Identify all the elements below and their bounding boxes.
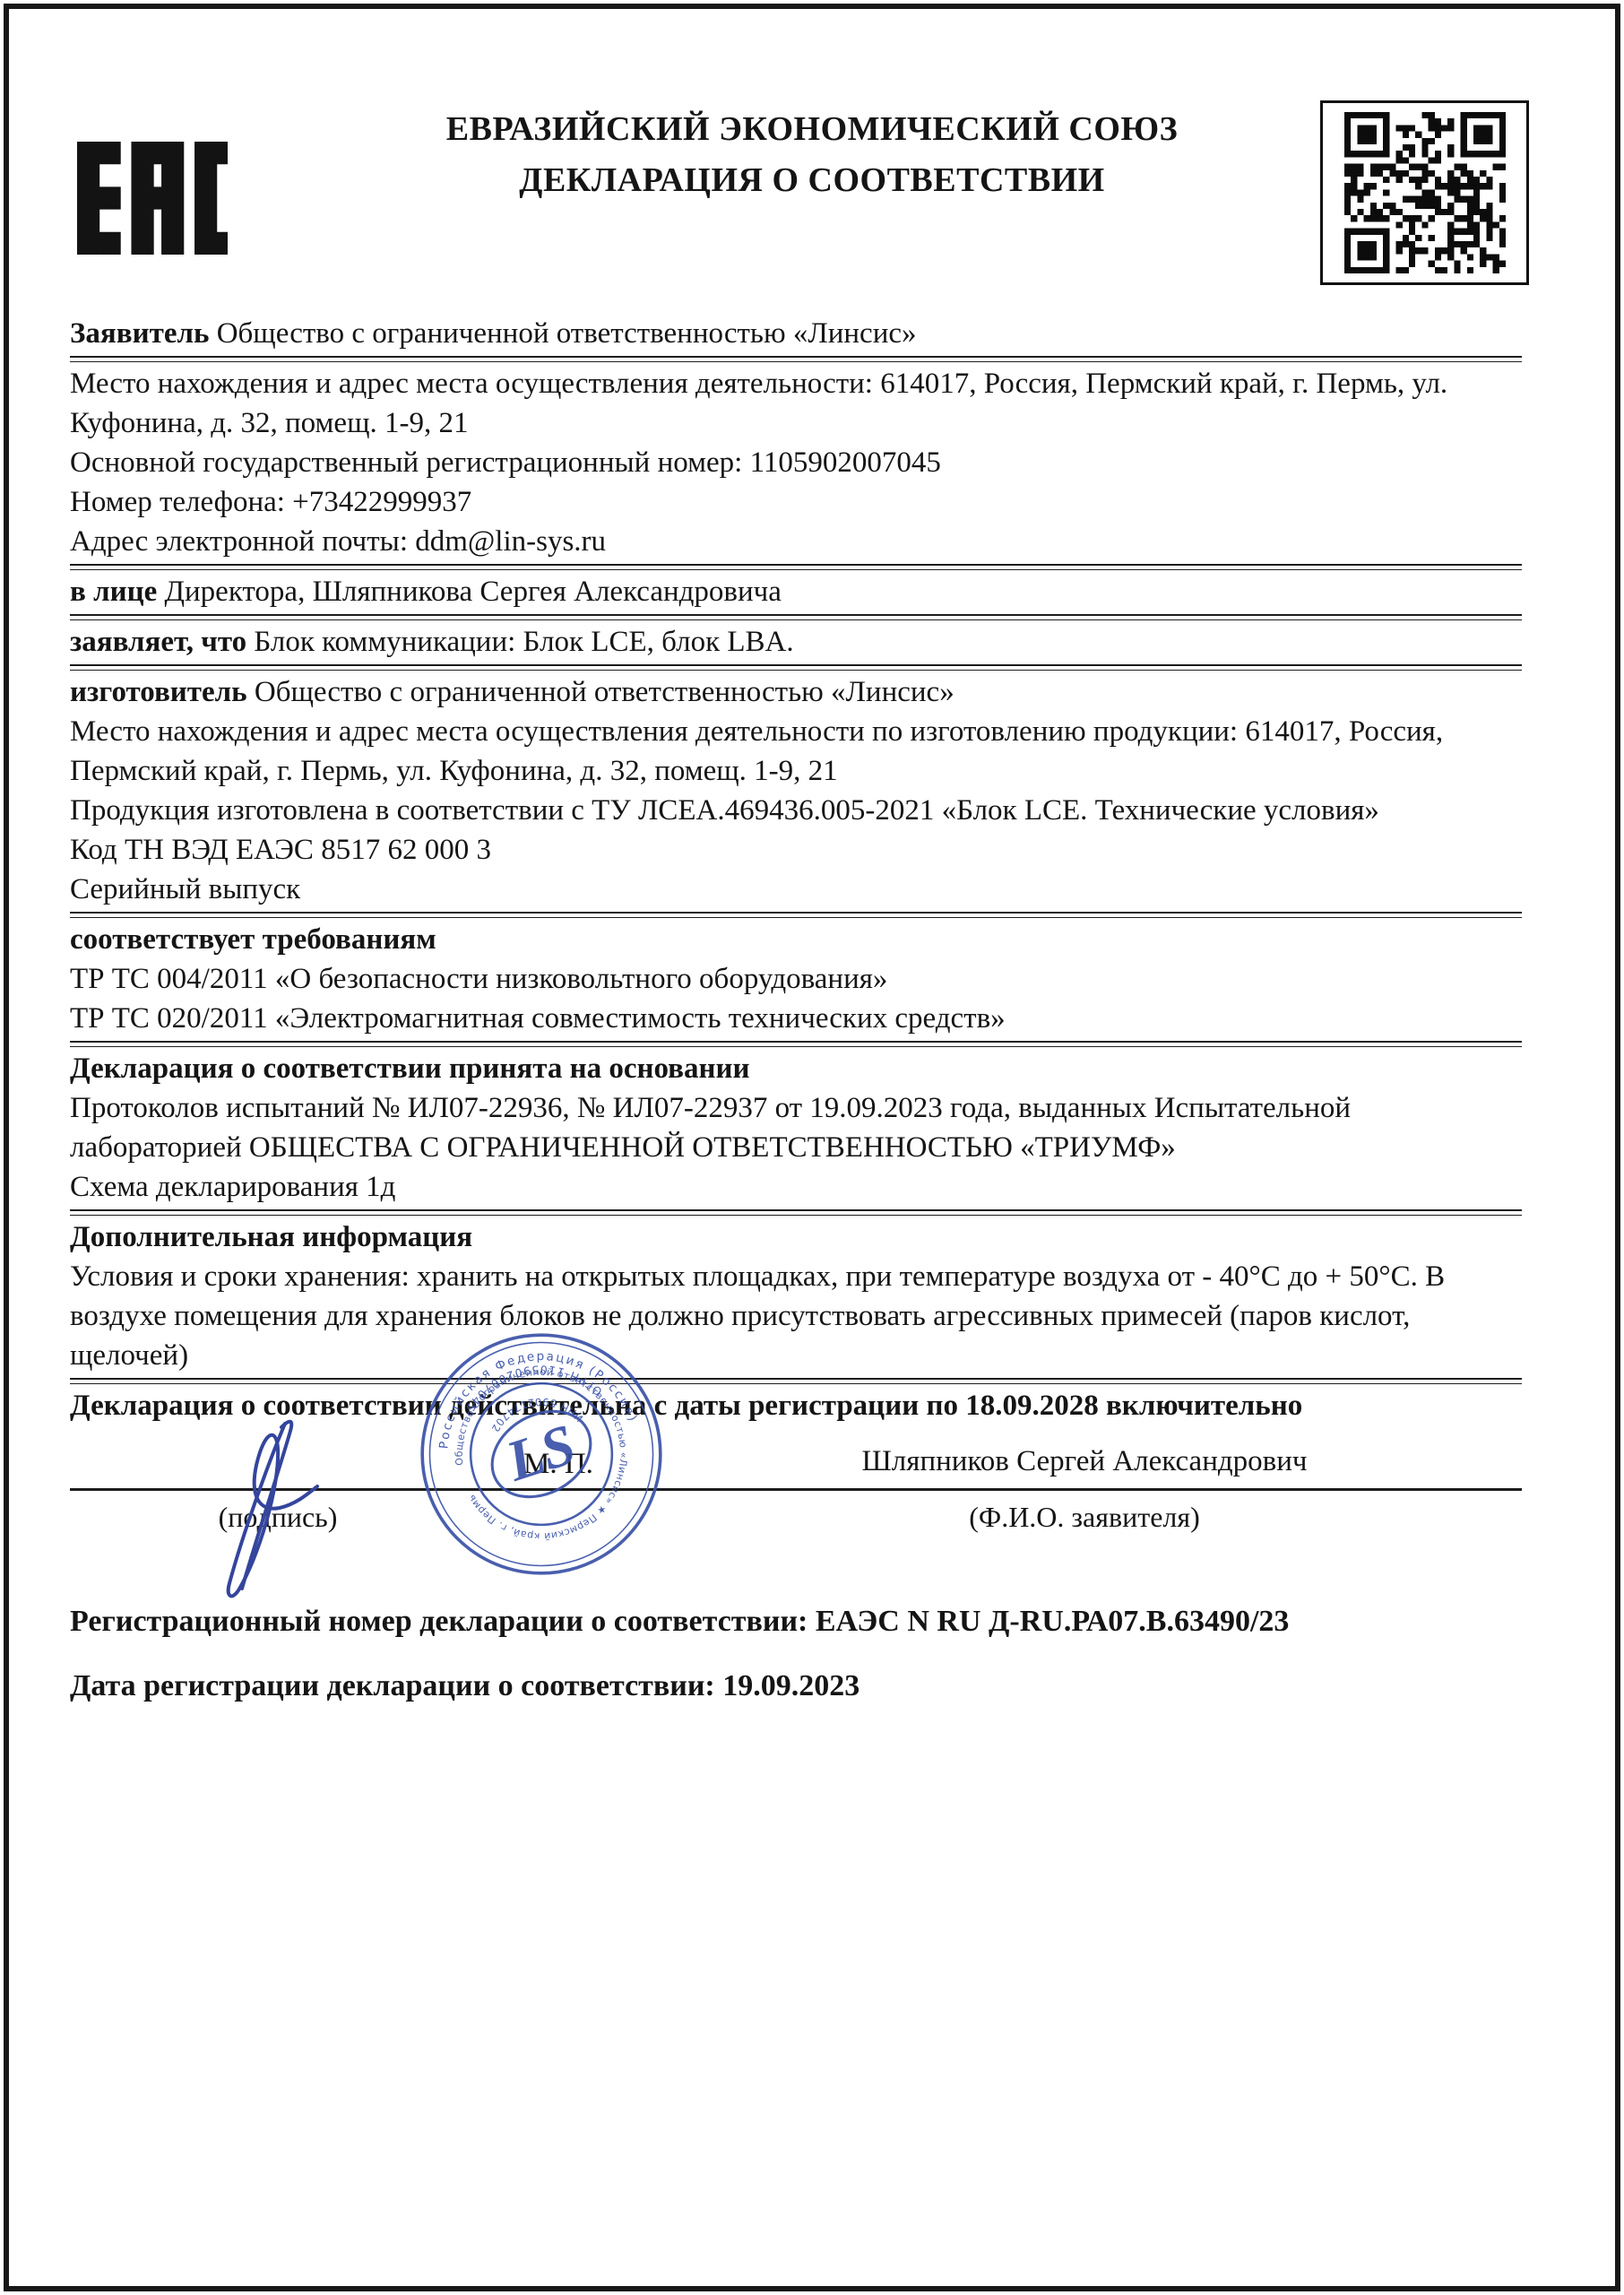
regulation-item: ТР ТС 020/2011 «Электромагнитная совмест… [70,999,1522,1038]
manufacturer-address: Место нахождения и адрес места осуществл… [70,712,1522,791]
document-title: ДЕКЛАРАЦИЯ О СООТВЕТСТВИИ [274,155,1350,206]
section-divider [70,1041,1522,1047]
handwritten-signature [203,1404,355,1615]
union-title: ЕВРАЗИЙСКИЙ ЭКОНОМИЧЕСКИЙ СОЮЗ [274,104,1350,155]
ogrn-line: Основной государственный регистрационный… [70,443,1522,482]
in-person-line: в лице Директора, Шляпникова Сергея Алек… [70,572,1522,611]
section-divider [70,564,1522,570]
email-line: Адрес электронной почты: ddm@lin-sys.ru [70,522,1522,561]
basis-text: Протоколов испытаний № ИЛ07-22936, № ИЛ0… [70,1088,1522,1167]
declares-value: Блок коммуникации: Блок LCE, блок LBA. [254,626,793,658]
signer-caption: (Ф.И.О. заявителя) [834,1501,1335,1534]
serial-line: Серийный выпуск [70,870,1522,909]
in-person-label: в лице [70,576,157,608]
section-divider [70,664,1522,671]
section-divider [70,912,1522,918]
signer-name: Шляпников Сергей Александрович [834,1445,1335,1478]
regulation-item: ТР ТС 004/2011 «О безопасности низковоль… [70,959,1522,999]
qr-code-pattern [1344,112,1506,273]
storage-text: Условия и сроки хранения: хранить на отк… [70,1257,1522,1375]
additional-heading: Дополнительная информация [70,1217,1522,1257]
manufacturer-line: изготовитель Общество с ограниченной отв… [70,672,1522,712]
applicant-label: Заявитель [70,317,209,350]
complies-heading: соответствует требованиям [70,920,1522,959]
declaration-body: Заявитель Общество с ограниченной ответс… [70,314,1522,1425]
applicant-line: Заявитель Общество с ограниченной ответс… [70,314,1522,353]
qr-code [1320,100,1529,285]
in-person-value: Директора, Шляпникова Сергея Александров… [165,576,782,608]
declares-label: заявляет, что [70,626,246,658]
applicant-value: Общество с ограниченной ответственностью… [217,317,917,350]
basis-heading: Декларация о соответствии принята на осн… [70,1049,1522,1088]
manufacturer-label: изготовитель [70,676,247,708]
section-divider [70,1209,1522,1216]
company-stamp: Российская Федерация (Россия) ОГРН 11059… [402,1314,681,1594]
phone-line: Номер телефона: +73422999937 [70,482,1522,522]
scheme-line: Схема декларирования 1д [70,1167,1522,1207]
section-divider [70,356,1522,362]
eac-mark-icon [77,131,228,265]
declares-line: заявляет, что Блок коммуникации: Блок LC… [70,622,1522,662]
section-divider [70,614,1522,620]
tnved-line: Код ТН ВЭД ЕАЭС 8517 62 000 3 [70,830,1522,870]
registration-date-line: Дата регистрации декларации о соответств… [70,1669,860,1703]
manufacturer-value: Общество с ограниченной ответственностью… [255,676,955,708]
applicant-address: Место нахождения и адрес места осуществл… [70,364,1522,443]
declaration-document: ЕВРАЗИЙСКИЙ ЭКОНОМИЧЕСКИЙ СОЮЗ ДЕКЛАРАЦИ… [0,0,1624,2295]
document-header: ЕВРАЗИЙСКИЙ ЭКОНОМИЧЕСКИЙ СОЮЗ ДЕКЛАРАЦИ… [274,104,1350,206]
production-line: Продукция изготовлена в соответствии с Т… [70,791,1522,830]
section-divider [70,1378,1522,1384]
registration-number-line: Регистрационный номер декларации о соотв… [70,1605,1289,1639]
